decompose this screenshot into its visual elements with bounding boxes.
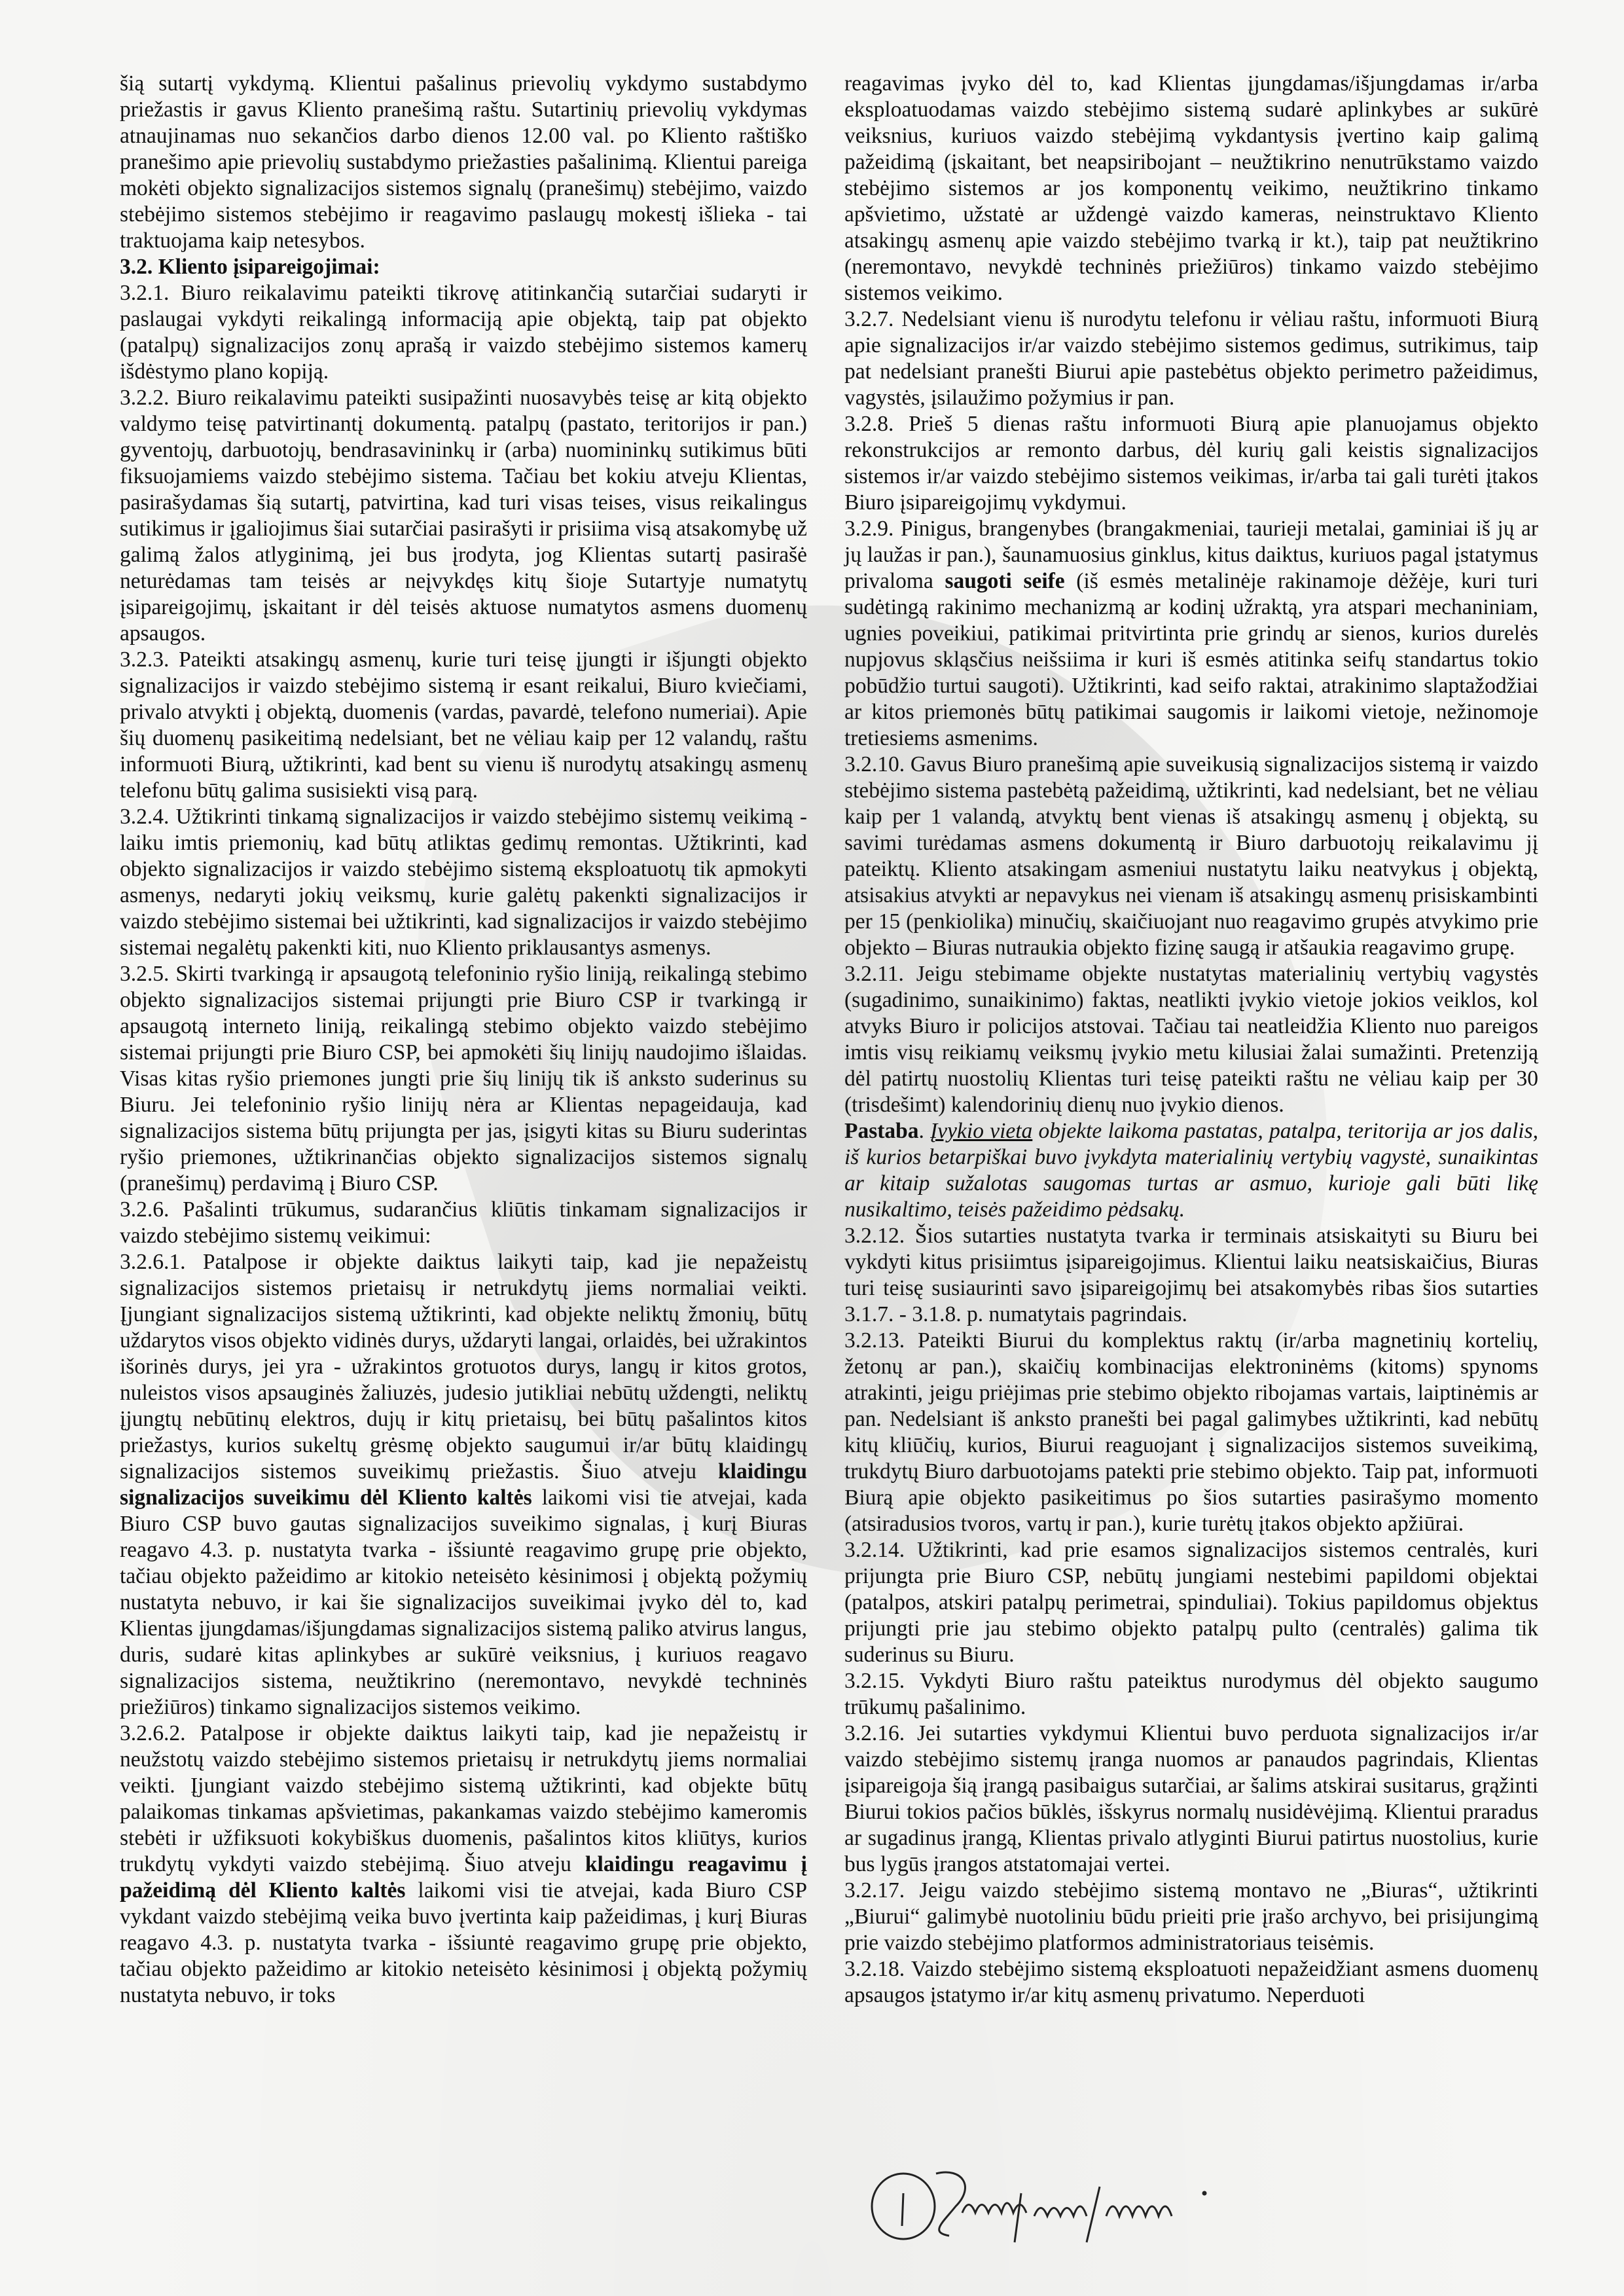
clause-paragraph: 3.2.6.1. Patalpose ir objekte daiktus la…	[120, 1249, 807, 1721]
clause-paragraph: 3.2.4. Užtikrinti tinkamą signalizacijos…	[120, 804, 807, 961]
clause-paragraph: šią sutartį vykdymą. Klientui pašalinus …	[120, 71, 807, 254]
note-term: Įvykio vieta	[930, 1119, 1032, 1143]
clause-paragraph: 3.2.2. Biuro reikalavimu pateikti susipa…	[120, 385, 807, 647]
clause-paragraph: 3.2.12. Šios sutarties nustatyta tvarka …	[844, 1223, 1538, 1328]
clause-paragraph: 3.2.9. Pinigus, brangenybes (brangakmeni…	[844, 516, 1538, 752]
left-column: šią sutartį vykdymą. Klientui pašalinus …	[120, 71, 807, 2009]
clause-paragraph: 3.2.3. Pateikti atsakingų asmenų, kurie …	[120, 647, 807, 804]
clause-paragraph: 3.2.18. Vaizdo stebėjimo sistemą eksploa…	[844, 1956, 1538, 2009]
clause-paragraph: 3.2.15. Vykdyti Biuro raštu pateiktus nu…	[844, 1668, 1538, 1721]
clause-paragraph: 3.2.6.2. Patalpose ir objekte daiktus la…	[120, 1721, 807, 2009]
signature-icon	[864, 2160, 1322, 2246]
clause-emphasis: saugoti seife	[945, 569, 1064, 593]
right-column: reagavimas įvyko dėl to, kad Klientas įj…	[844, 71, 1538, 2009]
clause-paragraph: 3.2.6. Pašalinti trūkumus, sudarančius k…	[120, 1197, 807, 1249]
clause-paragraph: 3.2.10. Gavus Biuro pranešimą apie suvei…	[844, 752, 1538, 961]
clause-paragraph: 3.2.11. Jeigu stebimame objekte nustatyt…	[844, 961, 1538, 1118]
document-page: šią sutartį vykdymą. Klientui pašalinus …	[0, 0, 1624, 2296]
clause-paragraph: reagavimas įvyko dėl to, kad Klientas įj…	[844, 71, 1538, 306]
clause-paragraph: 3.2.17. Jeigu vaizdo stebėjimo sistemą m…	[844, 1878, 1538, 1956]
clause-text: (iš esmės metalinėje rakinamoje dėžėje, …	[844, 569, 1538, 750]
clause-paragraph: 3.2.16. Jei sutarties vykdymui Klientui …	[844, 1721, 1538, 1878]
note-paragraph: Pastaba. Įvykio vieta objekte laikoma pa…	[844, 1118, 1538, 1223]
clause-paragraph: 3.2.13. Pateikti Biurui du komplektus ra…	[844, 1328, 1538, 1537]
section-heading: 3.2. Kliento įsipareigojimai:	[120, 254, 807, 280]
clause-paragraph: 3.2.8. Prieš 5 dienas raštu informuoti B…	[844, 411, 1538, 516]
note-label: Pastaba	[844, 1119, 919, 1143]
clause-paragraph: 3.2.7. Nedelsiant vienu iš nurodytu tele…	[844, 306, 1538, 411]
clause-paragraph: 3.2.5. Skirti tvarkingą ir apsaugotą tel…	[120, 961, 807, 1197]
clause-paragraph: 3.2.14. Užtikrinti, kad prie esamos sign…	[844, 1537, 1538, 1668]
clause-text: laikomi visi tie atvejai, kada Biuro CSP…	[120, 1485, 807, 1719]
clause-paragraph: 3.2.1. Biuro reikalavimu pateikti tikrov…	[120, 280, 807, 385]
clause-text: 3.2.6.1. Patalpose ir objekte daiktus la…	[120, 1250, 807, 1484]
